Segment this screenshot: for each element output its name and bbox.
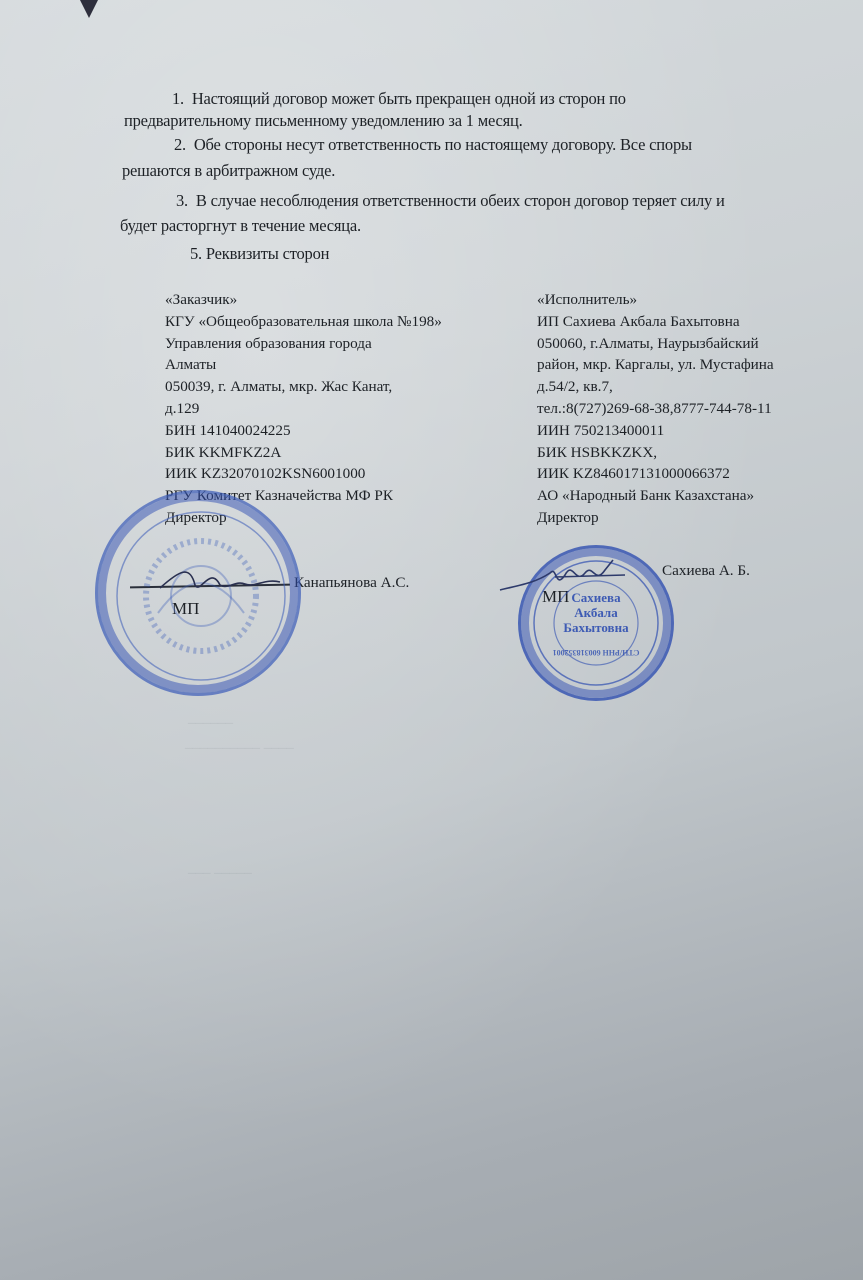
section-heading: 5. Реквизиты сторон (190, 243, 329, 265)
customer-bik: БИК KKMFKZ2A (165, 442, 442, 464)
customer-address-house: д.129 (165, 398, 442, 420)
contractor-iik: ИИК KZ846017131000066372 (537, 463, 774, 485)
stamp-id: СТН/РНН 600318352001 (521, 648, 671, 657)
contractor-bik: БИК HSBKKZKX, (537, 442, 774, 464)
customer-role: «Заказчик» (165, 289, 442, 311)
clause-number: 1. (172, 89, 184, 108)
clause-2-line1: 2. Обе стороны несут ответственность по … (174, 134, 692, 156)
contractor-role: «Исполнитель» (537, 289, 774, 311)
contractor-name: ИП Сахиева Акбала Бахытовна (537, 311, 774, 333)
customer-bin: БИН 141040024225 (165, 420, 442, 442)
bleed-through-text: __________ ____ (185, 735, 294, 752)
bleed-through-text: ___ _____ (188, 860, 252, 877)
bleed-through-text: ______ (188, 710, 233, 727)
customer-iik: ИИК KZ32070102KSN6001000 (165, 463, 442, 485)
contractor-signature-icon (495, 555, 635, 600)
customer-org-dept: Управления образования города (165, 333, 442, 355)
clause-1-line2: предварительному письменному уведомлению… (124, 110, 523, 132)
customer-org: КГУ «Общеобразовательная школа №198» (165, 311, 442, 333)
customer-signatory: Канапьянова А.С. (294, 572, 409, 594)
clause-2-line2: решаются в арбитражном суде. (122, 160, 335, 182)
contractor-bank: АО «Народный Банк Казахстана» (537, 485, 774, 507)
contractor-phone: тел.:8(727)269-68-38,8777-744-78-11 (537, 398, 774, 420)
contractor-address-district: район, мкр. Каргалы, ул. Мустафина (537, 354, 774, 376)
contractor-director-label: Директор (537, 507, 774, 529)
contractor-iin: ИИН 750213400011 (537, 420, 774, 442)
clause-3-line2: будет расторгнут в течение месяца. (120, 215, 361, 237)
contractor-details: «Исполнитель» ИП Сахиева Акбала Бахытовн… (537, 289, 774, 529)
clause-number: 2. (174, 135, 186, 154)
customer-signature-icon (150, 560, 290, 600)
clause-text: Обе стороны несут ответственность по нас… (194, 135, 692, 154)
clause-1-line1: 1. Настоящий договор может быть прекраще… (172, 88, 626, 110)
customer-address: 050039, г. Алматы, мкр. Жас Канат, (165, 376, 442, 398)
clause-text: Настоящий договор может быть прекращен о… (192, 89, 626, 108)
customer-city: Алматы (165, 354, 442, 376)
contractor-address: 050060, г.Алматы, Наурызбайский (537, 333, 774, 355)
clause-3-line1: 3. В случае несоблюдения ответственности… (176, 190, 725, 212)
clause-number: 3. (176, 191, 188, 210)
clause-text: В случае несоблюдения ответственности об… (196, 191, 725, 210)
page-corner-shadow (80, 0, 98, 18)
contractor-address-house: д.54/2, кв.7, (537, 376, 774, 398)
